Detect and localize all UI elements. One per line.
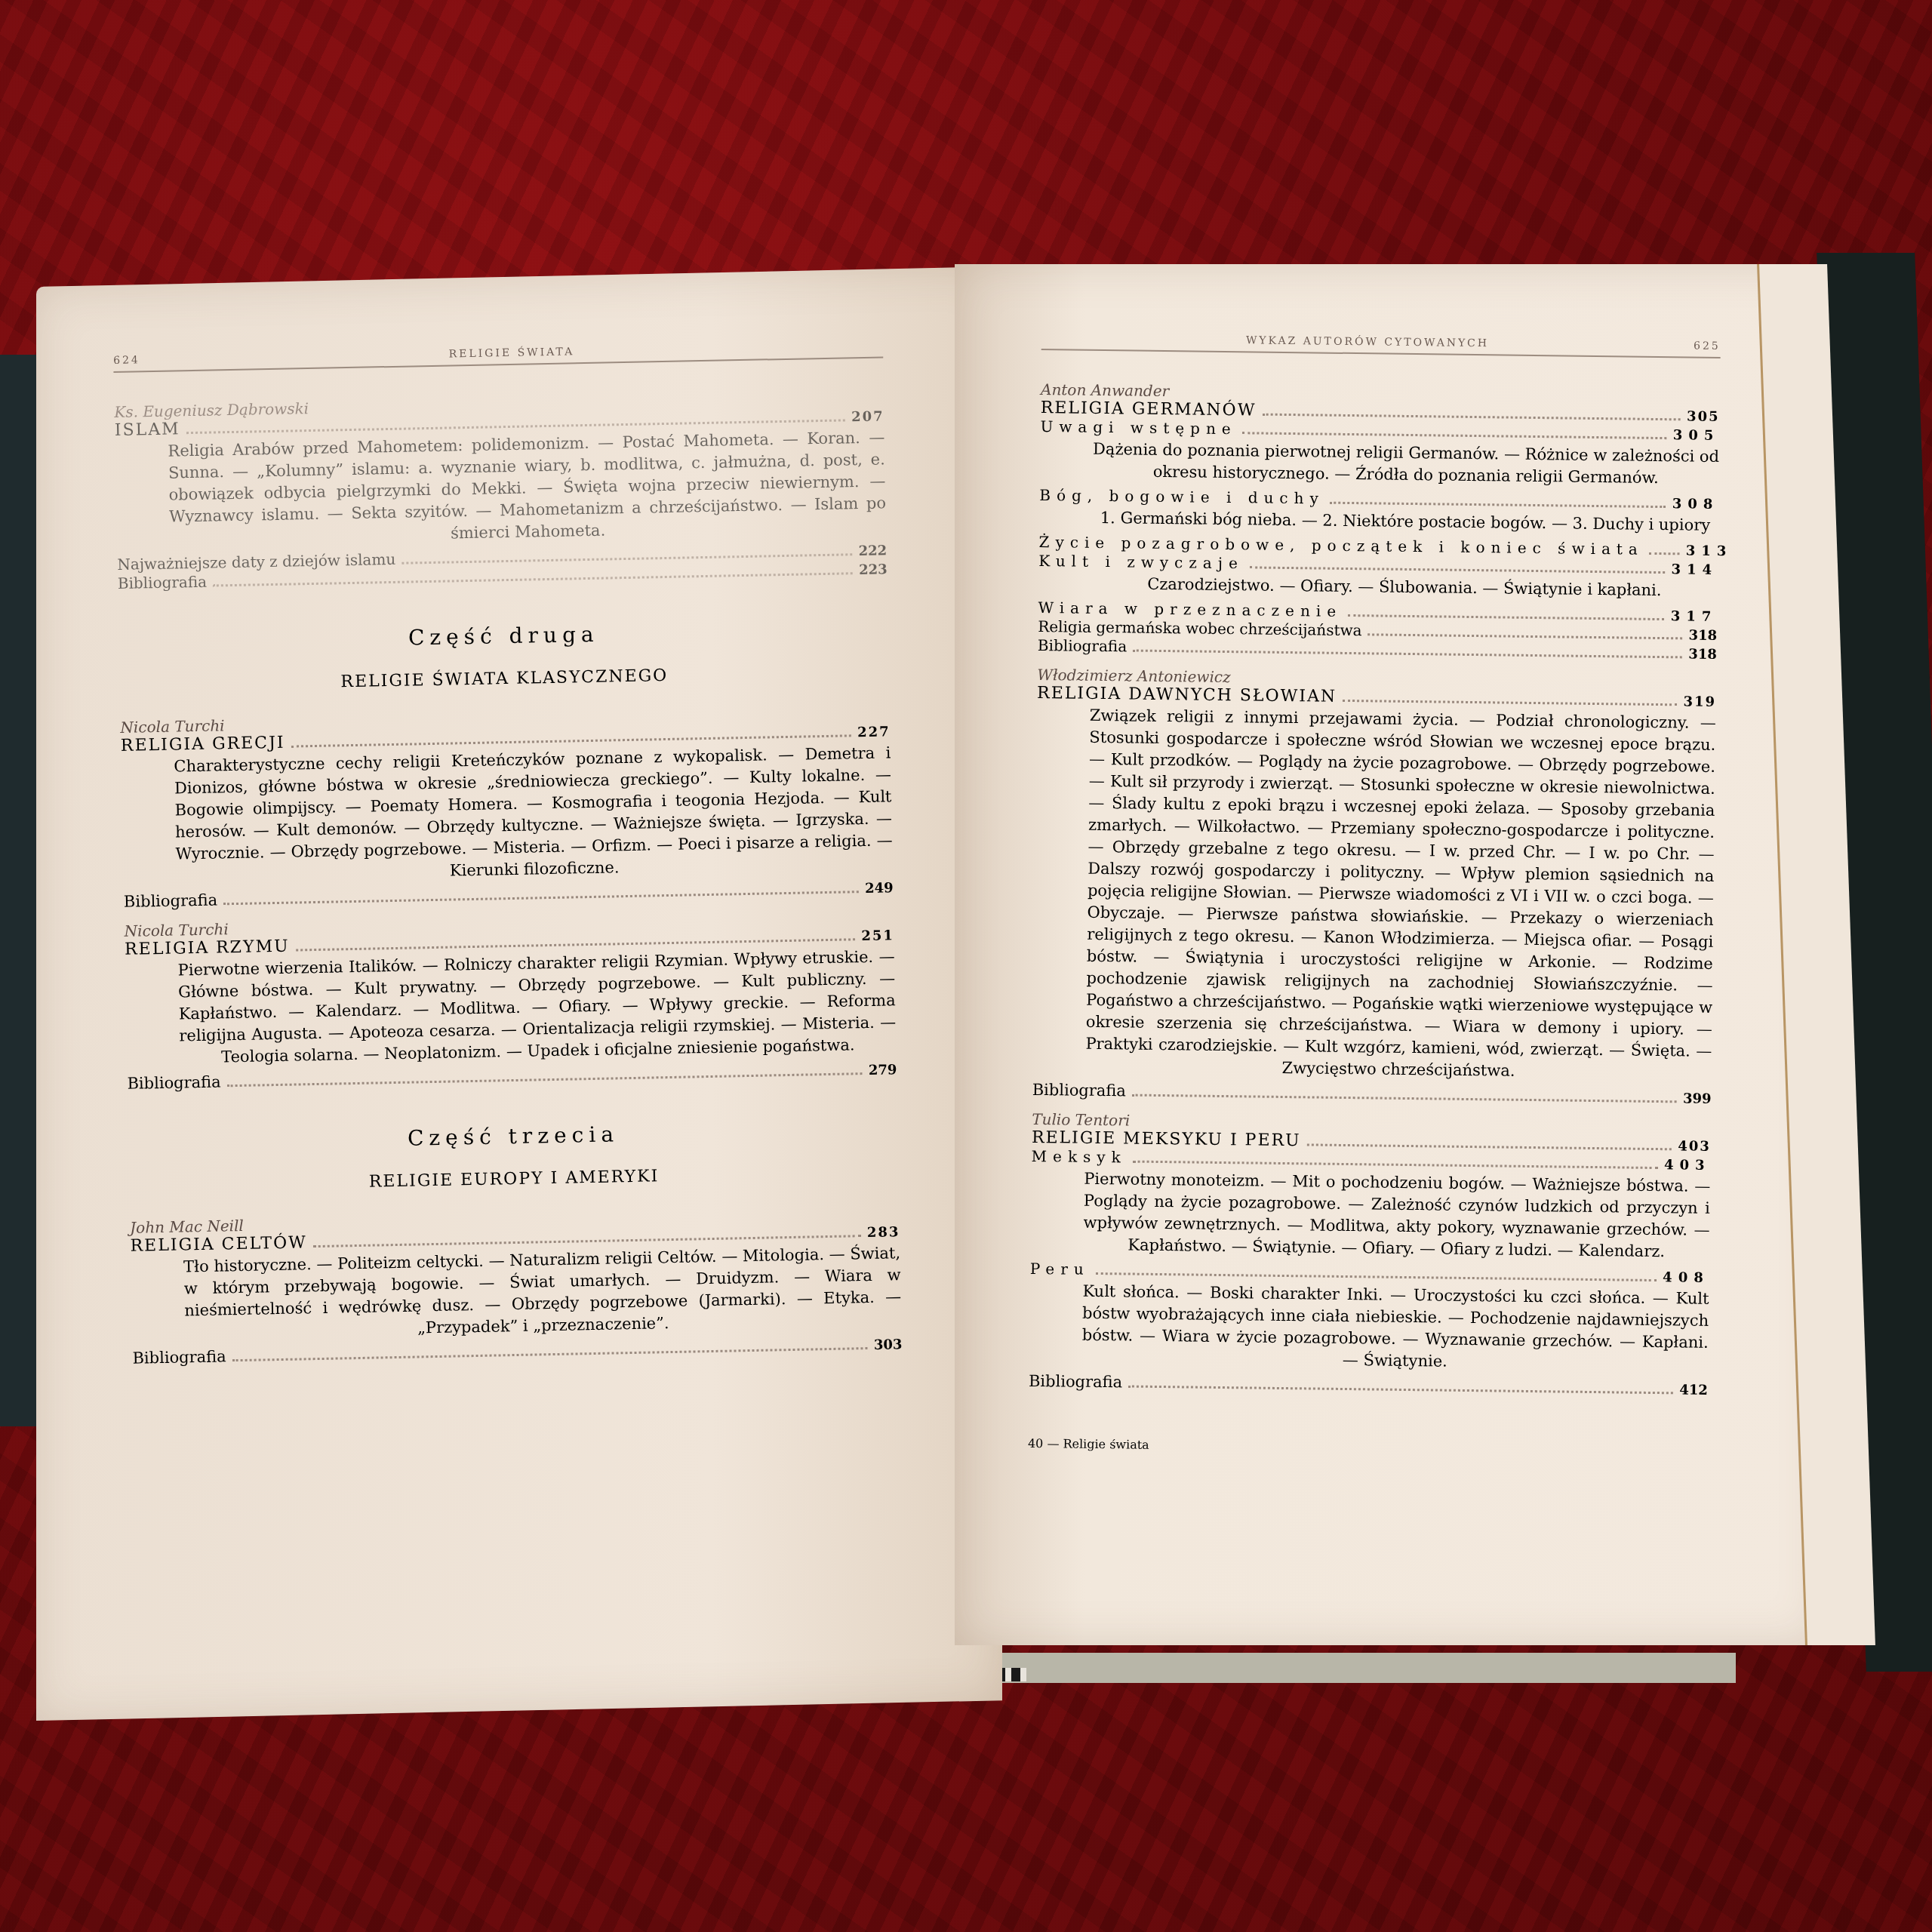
bibliography-page: 412 bbox=[1679, 1382, 1708, 1398]
book-cover-bottom-edge bbox=[921, 1653, 1736, 1683]
section-page: 314 bbox=[1672, 561, 1718, 578]
part-subtitle: RELIGIE ŚWIATA KLASYCZNEGO bbox=[119, 662, 889, 696]
subentry-label: Bibliografia bbox=[118, 573, 208, 592]
section-page: 318 bbox=[1688, 628, 1717, 644]
leader-dots bbox=[1368, 633, 1683, 639]
left-page-content: 624 RELIGIE ŚWIATA Ks. Eugeniusz Dąbrows… bbox=[113, 340, 903, 1378]
bibliography-label: Bibliografia bbox=[1029, 1372, 1122, 1392]
entry-title: RELIGIA RZYMU bbox=[125, 937, 290, 959]
toc-entry-rome: Nicola Turchi RELIGIA RZYMU 251 Pierwotn… bbox=[124, 907, 897, 1094]
leader-dots bbox=[1133, 1161, 1658, 1170]
entry-page: 305 bbox=[1687, 408, 1720, 425]
toc-entry-islam: Ks. Eugeniusz Dąbrowski ISLAM 207 Religi… bbox=[114, 388, 888, 593]
toc-entry-germans: Anton Anwander RELIGIA GERMANÓW 305 Uwag… bbox=[1038, 380, 1720, 663]
leader-dots bbox=[227, 1072, 863, 1087]
entry-page: 207 bbox=[851, 408, 884, 425]
part-title: Część trzecia bbox=[128, 1116, 898, 1156]
subentry-page: 222 bbox=[858, 543, 887, 559]
bibliography-row: Bibliografia 412 bbox=[1029, 1372, 1708, 1399]
bibliography-page: 399 bbox=[1683, 1091, 1712, 1106]
entry-title: RELIGIA GERMANÓW bbox=[1041, 398, 1257, 420]
bibliography-label: Bibliografia bbox=[132, 1347, 226, 1367]
leader-dots bbox=[1262, 414, 1681, 421]
leader-dots bbox=[1128, 1386, 1673, 1395]
bibliography-page: 249 bbox=[865, 880, 894, 897]
entry-title: ISLAM bbox=[115, 420, 180, 440]
page-number: 625 bbox=[1694, 340, 1721, 352]
section-page: 318 bbox=[1688, 647, 1717, 663]
leader-dots bbox=[223, 891, 859, 905]
section-label: Bóg, bogowie i duchy bbox=[1039, 486, 1324, 508]
germans-sections: Uwagi wstępne305Dążenia do poznania pier… bbox=[1038, 417, 1720, 663]
entry-description: Związek religii z innymi przejawami życi… bbox=[1085, 705, 1716, 1084]
part-subtitle: RELIGIE EUROPY I AMERYKI bbox=[129, 1162, 899, 1196]
entry-description: Tło historyczne. — Politeizm celtycki. —… bbox=[183, 1242, 902, 1343]
leader-dots bbox=[1132, 1094, 1677, 1103]
subentry-page: 223 bbox=[859, 561, 888, 578]
section-page: 305 bbox=[1673, 427, 1720, 444]
section-label: Bibliografia bbox=[1038, 636, 1128, 655]
bibliography-row: Bibliografia 399 bbox=[1032, 1081, 1712, 1108]
section-label: Kult i zwyczaje bbox=[1038, 552, 1244, 572]
entry-title: RELIGIA DAWNYCH SŁOWIAN bbox=[1037, 684, 1337, 706]
section-label: Uwagi wstępne bbox=[1040, 417, 1237, 438]
section-description: Kult słońca. — Boski charakter Inki. — U… bbox=[1081, 1281, 1709, 1376]
toc-entry-greece: Nicola Turchi RELIGIA GRECJI 227 Charakt… bbox=[120, 703, 894, 912]
entry-page: 251 bbox=[861, 928, 894, 944]
leader-dots bbox=[1250, 566, 1666, 574]
bibliography-label: Bibliografia bbox=[1032, 1081, 1126, 1100]
leader-dots bbox=[213, 572, 853, 586]
section-page: 308 bbox=[1672, 496, 1719, 512]
bibliography-page: 303 bbox=[874, 1337, 903, 1353]
entry-page: 227 bbox=[857, 724, 891, 740]
leader-dots bbox=[1243, 432, 1667, 439]
section-page: 313 bbox=[1686, 543, 1733, 559]
leader-dots bbox=[1307, 1143, 1672, 1150]
entry-page: 283 bbox=[867, 1224, 900, 1241]
bibliography-label: Bibliografia bbox=[127, 1072, 221, 1092]
leader-dots bbox=[1650, 552, 1680, 555]
section-page: 317 bbox=[1671, 608, 1718, 625]
section-label: Peru bbox=[1030, 1260, 1090, 1278]
section-description: Pierwotny monoteizm. — Mit o pochodzeniu… bbox=[1083, 1168, 1710, 1263]
section-label: Wiara w przeznaczenie bbox=[1038, 598, 1342, 620]
part-title: Część druga bbox=[118, 616, 888, 656]
leader-dots bbox=[232, 1347, 868, 1361]
entry-description: Religia Arabów przed Mahometem: polidemo… bbox=[168, 426, 887, 549]
entry-page: 403 bbox=[1678, 1138, 1711, 1155]
entry-title: RELIGIA GRECJI bbox=[121, 734, 285, 755]
toc-entry-mexico-peru: Tulio Tentori RELIGIE MEKSYKU I PERU 403… bbox=[1029, 1110, 1711, 1399]
section-page: 403 bbox=[1664, 1157, 1711, 1174]
entry-description: Pierwotne wierzenia Italików. — Rolniczy… bbox=[177, 946, 897, 1069]
bibliography-label: Bibliografia bbox=[124, 891, 218, 910]
mexico-peru-sections: Meksyk403Pierwotny monoteizm. — Mit o po… bbox=[1029, 1147, 1711, 1376]
right-page-content: WYKAZ AUTORÓW CYTOWANYCH 625 Anton Anwan… bbox=[1028, 332, 1721, 1459]
leader-dots bbox=[1096, 1272, 1657, 1281]
toc-entry-slavs: Włodzimierz Antoniewicz RELIGIA DAWNYCH … bbox=[1032, 666, 1717, 1108]
section-description: Dążenia do poznania pierwotnej religii G… bbox=[1093, 438, 1720, 490]
leader-dots bbox=[1343, 700, 1677, 706]
leader-dots bbox=[1133, 650, 1682, 659]
page-number: 624 bbox=[113, 354, 140, 367]
part-two-heading: Część druga RELIGIE ŚWIATA KLASYCZNEGO bbox=[118, 616, 889, 696]
leader-dots bbox=[1348, 614, 1665, 620]
section-page: 408 bbox=[1663, 1269, 1709, 1286]
section-label: Meksyk bbox=[1032, 1147, 1127, 1167]
entry-page: 319 bbox=[1683, 694, 1716, 710]
bibliography-page: 279 bbox=[869, 1062, 897, 1078]
entry-title: RELIGIA CELTÓW bbox=[130, 1233, 307, 1255]
entry-description: Charakterystyczne cechy religii Kreteńcz… bbox=[174, 742, 893, 887]
part-three-heading: Część trzecia RELIGIE EUROPY I AMERYKI bbox=[128, 1116, 899, 1196]
leader-dots bbox=[1331, 502, 1666, 508]
toc-entry-celts: John Mac Neill RELIGIA CELTÓW 283 Tło hi… bbox=[130, 1204, 903, 1368]
